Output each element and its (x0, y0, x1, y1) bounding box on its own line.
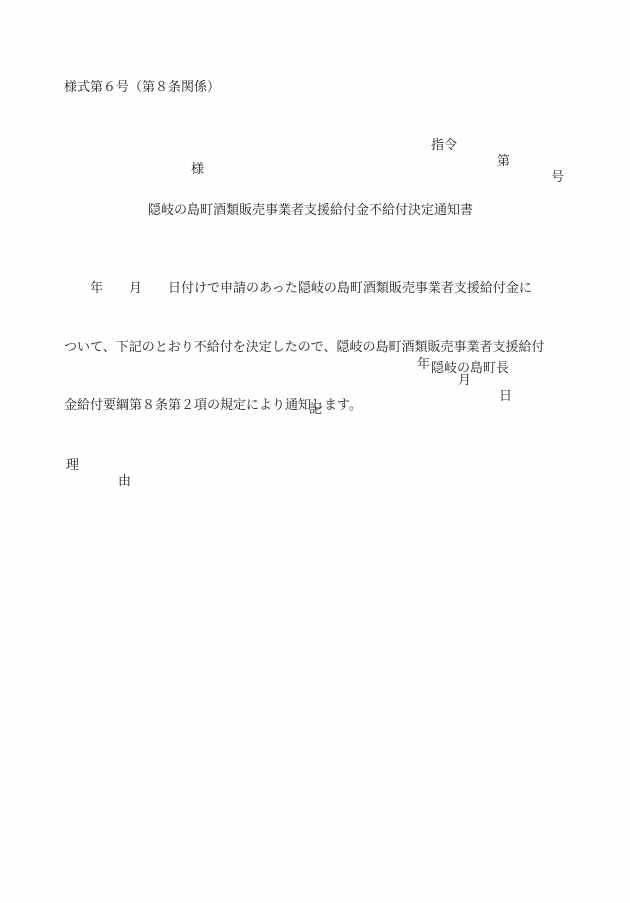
reason-char-ri: 理 (66, 458, 79, 474)
directive-go: 号 (551, 170, 564, 186)
document-title: 隠岐の島町酒類販売事業者支援給付金不給付決定通知書 (148, 203, 473, 219)
issue-date: 年 月 日 (417, 341, 425, 405)
form-number: 様式第６号（第８条関係） (64, 80, 220, 96)
date-year: 年 (417, 357, 430, 373)
reason-label: 理 由 (64, 442, 72, 490)
body-line: 金給付要綱第８条第２項の規定により通知します。 (64, 396, 544, 416)
issuer-name: 隠岐の島町長 (431, 361, 509, 377)
reason-char-yu: 由 (118, 474, 131, 490)
addressee-suffix: 様 (191, 162, 204, 178)
date-day: 日 (499, 389, 512, 405)
directive-label: 指令 (431, 138, 457, 154)
body-paragraph: 年 月 日付けで申請のあった隠岐の島町酒類販売事業者支援給付金に ついて、下記の… (64, 240, 544, 435)
directive-dai: 第 (497, 154, 510, 170)
directive-number-line: 指令 第 号 (431, 122, 439, 186)
ki-heading: 記 (309, 402, 322, 418)
body-line: 年 月 日付けで申請のあった隠岐の島町酒類販売事業者支援給付金に (64, 279, 544, 299)
body-line: ついて、下記のとおり不給付を決定したので、隠岐の島町酒類販売事業者支援給付 (64, 338, 544, 358)
